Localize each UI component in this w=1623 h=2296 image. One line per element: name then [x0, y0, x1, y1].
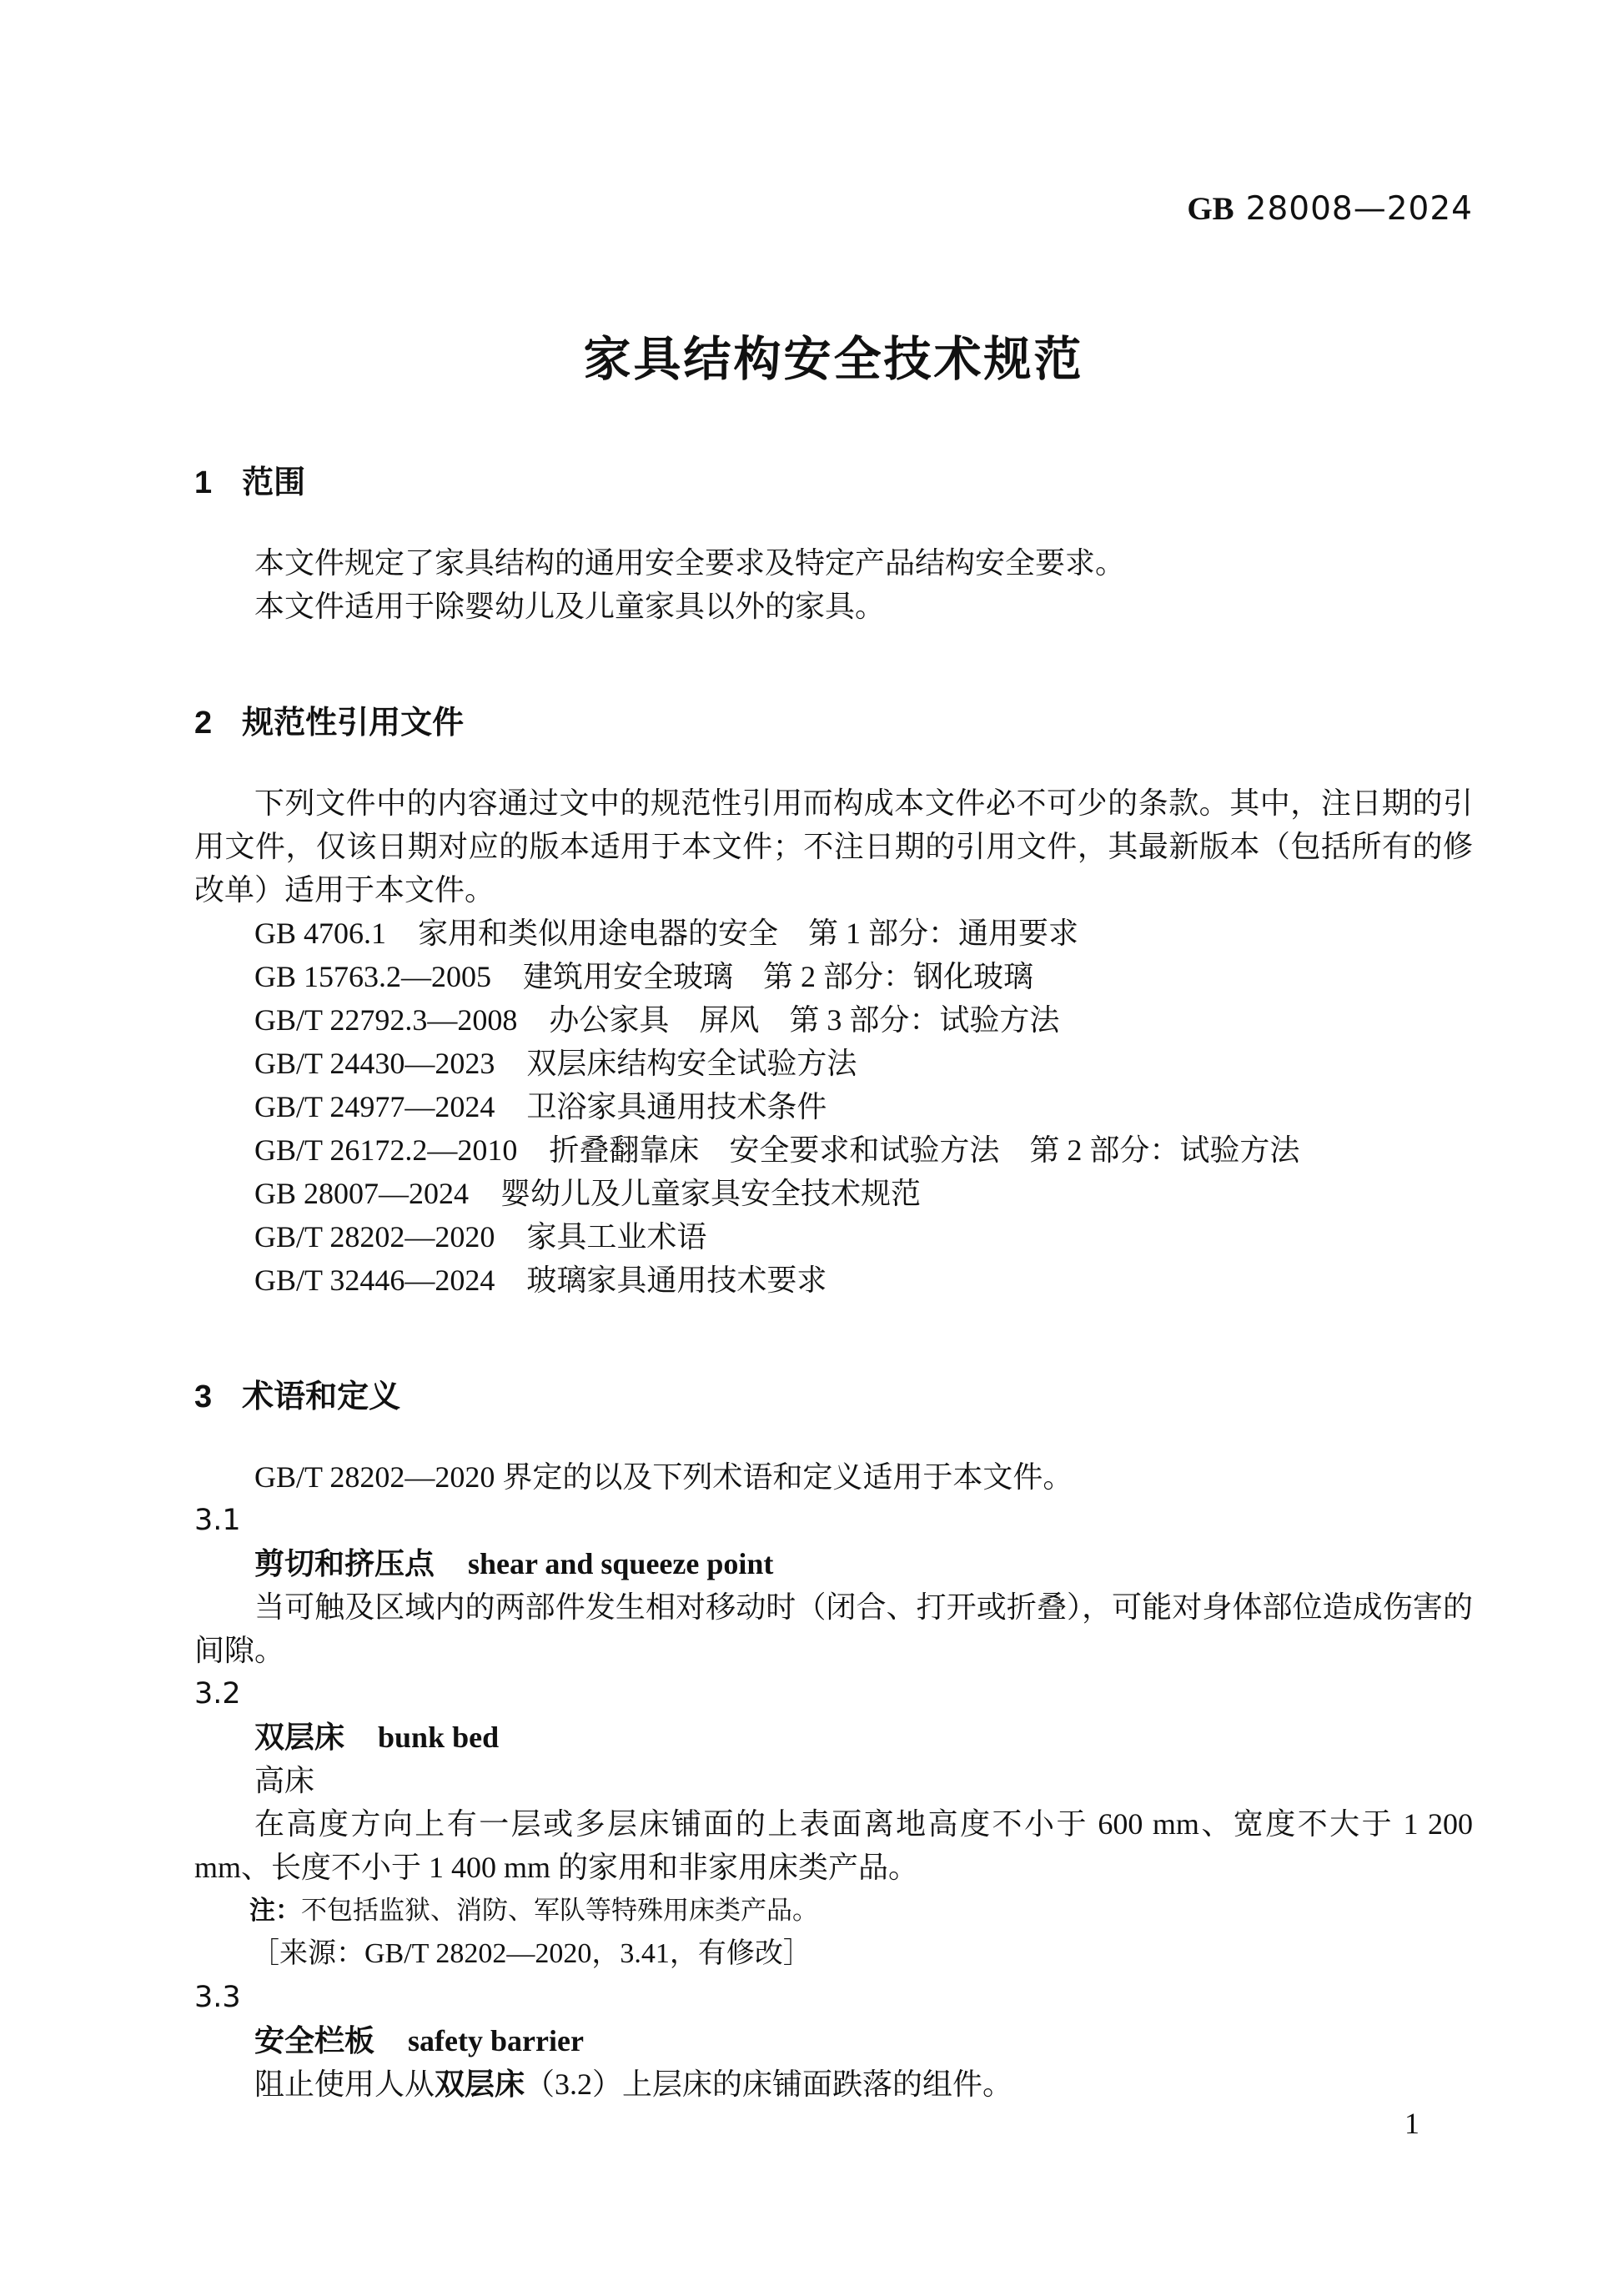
- section-3-title: 术语和定义: [242, 1379, 400, 1414]
- note-text: 不包括监狱、消防、军队等特殊用床类产品。: [301, 1896, 818, 1925]
- reference-title: 玻璃家具通用技术要求: [526, 1264, 827, 1297]
- reference-item: GB/T 24977—2024卫浴家具通用技术条件: [194, 1085, 1473, 1128]
- term-definition-3-3: 阻止使用人从双层床（3.2）上层床的床铺面跌落的组件。: [194, 2062, 1473, 2106]
- term-entry-3-3: 安全栏板safety barrier: [194, 2019, 1473, 2062]
- definition-suffix: 上层床的床铺面跌落的组件。: [622, 2067, 1012, 2101]
- doc-number-prefix: GB: [1187, 191, 1234, 227]
- reference-title: 办公家具 屏风 第 3 部分：试验方法: [549, 1003, 1059, 1037]
- note-label: 注：: [249, 1896, 301, 1925]
- section-2-title: 规范性引用文件: [242, 706, 464, 741]
- definition-bold-term: 双层床: [435, 2067, 525, 2101]
- clause-label-3-1: 3.1: [194, 1499, 1473, 1542]
- scope-paragraph-1: 本文件规定了家具结构的通用安全要求及特定产品结构安全要求。: [194, 541, 1473, 585]
- section-1-heading: 1范围: [194, 461, 1473, 505]
- clause-label-3-2: 3.2: [194, 1672, 1473, 1716]
- reference-code: GB 28007—2024: [254, 1177, 469, 1210]
- reference-item: GB/T 28202—2020家具工业术语: [194, 1215, 1473, 1259]
- term-en: shear and squeeze point: [468, 1547, 773, 1580]
- reference-item: GB 15763.2—2005建筑用安全玻璃 第 2 部分：钢化玻璃: [194, 955, 1473, 998]
- page-content: GB28008—2024 家具结构安全技术规范 1范围 本文件规定了家具结构的通…: [194, 188, 1473, 2106]
- term-definition-3-2: 在高度方向上有一层或多层床铺面的上表面离地高度不小于 600 mm、宽度不大于 …: [194, 1802, 1473, 1889]
- reference-code: GB 4706.1: [254, 917, 386, 950]
- section-2-heading: 2规范性引用文件: [194, 701, 1473, 745]
- section-2-number: 2: [194, 701, 212, 745]
- reference-title: 双层床结构安全试验方法: [526, 1047, 857, 1080]
- reference-item: GB/T 26172.2—2010折叠翻靠床 安全要求和试验方法 第 2 部分：…: [194, 1128, 1473, 1172]
- doc-number: GB28008—2024: [194, 188, 1473, 231]
- reference-item: GB/T 22792.3—2008办公家具 屏风 第 3 部分：试验方法: [194, 998, 1473, 1042]
- definition-prefix: 阻止使用人从: [254, 2067, 435, 2101]
- reference-title: 折叠翻靠床 安全要求和试验方法 第 2 部分：试验方法: [549, 1133, 1299, 1167]
- terms-intro: GB/T 28202—2020 界定的以及下列术语和定义适用于本文件。: [194, 1455, 1473, 1499]
- reference-code: GB/T 24977—2024: [254, 1090, 495, 1123]
- reference-code: GB/T 32446—2024: [254, 1264, 495, 1297]
- document-page: GB28008—2024 家具结构安全技术规范 1范围 本文件规定了家具结构的通…: [0, 0, 1623, 2296]
- clause-label-3-3: 3.3: [194, 1976, 1473, 2019]
- reference-item: GB/T 32446—2024玻璃家具通用技术要求: [194, 1259, 1473, 1302]
- reference-item: GB 28007—2024婴幼儿及儿童家具安全技术规范: [194, 1172, 1473, 1215]
- reference-code: GB/T 26172.2—2010: [254, 1133, 517, 1167]
- term-synonym-3-2: 高床: [194, 1759, 1473, 1802]
- term-en: bunk bed: [378, 1721, 499, 1754]
- term-note-3-2: 注：不包括监狱、消防、军队等特殊用床类产品。: [194, 1889, 1473, 1932]
- section-1-title: 范围: [242, 465, 305, 500]
- term-definition-3-1: 当可触及区域内的两部件发生相对移动时（闭合、打开或折叠），可能对身体部位造成伤害…: [194, 1585, 1473, 1672]
- page-title: 家具结构安全技术规范: [194, 331, 1473, 388]
- term-zh: 安全栏板: [254, 2023, 374, 2057]
- term-zh: 剪切和挤压点: [254, 1546, 435, 1580]
- reference-code: GB/T 22792.3—2008: [254, 1003, 517, 1037]
- definition-clause-ref: （3.2）: [525, 2067, 622, 2101]
- reference-item: GB 4706.1家用和类似用途电器的安全 第 1 部分：通用要求: [194, 912, 1473, 955]
- section-3-heading: 3术语和定义: [194, 1375, 1473, 1419]
- term-source-3-2: ［来源：GB/T 28202—2020，3.41，有修改］: [194, 1932, 1473, 1976]
- section-1-number: 1: [194, 461, 212, 505]
- reference-code: GB/T 28202—2020: [254, 1220, 495, 1254]
- reference-title: 家用和类似用途电器的安全 第 1 部分：通用要求: [418, 917, 1078, 950]
- reference-title: 家具工业术语: [526, 1220, 706, 1254]
- reference-item: GB/T 24430—2023双层床结构安全试验方法: [194, 1042, 1473, 1085]
- reference-title: 建筑用安全玻璃 第 2 部分：钢化玻璃: [523, 960, 1033, 993]
- reference-code: GB 15763.2—2005: [254, 960, 491, 993]
- page-number: 1: [1404, 2105, 1419, 2142]
- normative-references-intro: 下列文件中的内容通过文中的规范性引用而构成本文件必不可少的条款。其中，注日期的引…: [194, 781, 1473, 912]
- reference-code: GB/T 24430—2023: [254, 1047, 495, 1080]
- reference-title: 卫浴家具通用技术条件: [526, 1090, 827, 1123]
- scope-paragraph-2: 本文件适用于除婴幼儿及儿童家具以外的家具。: [194, 585, 1473, 628]
- reference-list: GB 4706.1家用和类似用途电器的安全 第 1 部分：通用要求 GB 157…: [194, 912, 1473, 1302]
- term-entry-3-2: 双层床bunk bed: [194, 1716, 1473, 1759]
- reference-title: 婴幼儿及儿童家具安全技术规范: [500, 1177, 921, 1210]
- term-entry-3-1: 剪切和挤压点shear and squeeze point: [194, 1542, 1473, 1585]
- section-3-number: 3: [194, 1375, 212, 1419]
- doc-number-value: 28008—2024: [1246, 190, 1473, 228]
- term-en: safety barrier: [408, 2024, 584, 2057]
- term-zh: 双层床: [254, 1720, 344, 1754]
